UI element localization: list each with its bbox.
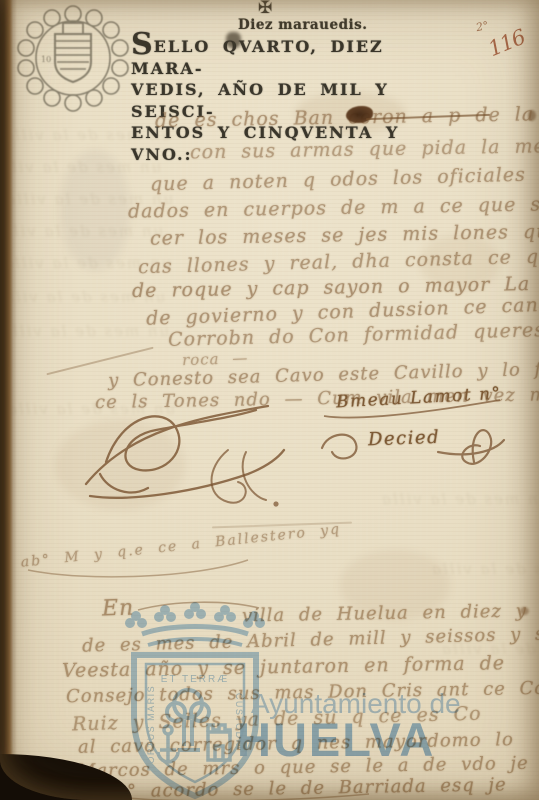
manuscript-lead-word: En [102,595,135,621]
seal-dropcap: S [131,27,154,62]
closing-underline-flourish [126,792,371,800]
folio-mark: 2° [475,19,490,34]
bleedthrough-text: un mes de la villa [430,560,539,578]
bleedthrough-text: un mes de la villa [380,490,539,508]
bleedthrough-text: un mes de la villa [0,222,163,240]
tax-value-line: Diez marauedis. [238,17,367,33]
bleedthrough-text: un mes de la villa [0,322,169,340]
royal-shield [55,23,91,82]
manuscript-photo: un mes de la villa un mes de la villa un… [0,0,539,800]
seal-heading-line: SELLO QVARTO, DIEZ MARA- [131,36,451,79]
marginal-note-flourish [26,556,251,582]
center-rubric [192,446,302,512]
signature-right-2-flourish [318,418,508,478]
printer-cross-icon: ✠ [258,0,272,18]
notarial-stamp-seal: 10 [16,5,130,115]
book-binding-edge [0,0,17,800]
stamp-side-mark: 10 [41,55,51,64]
